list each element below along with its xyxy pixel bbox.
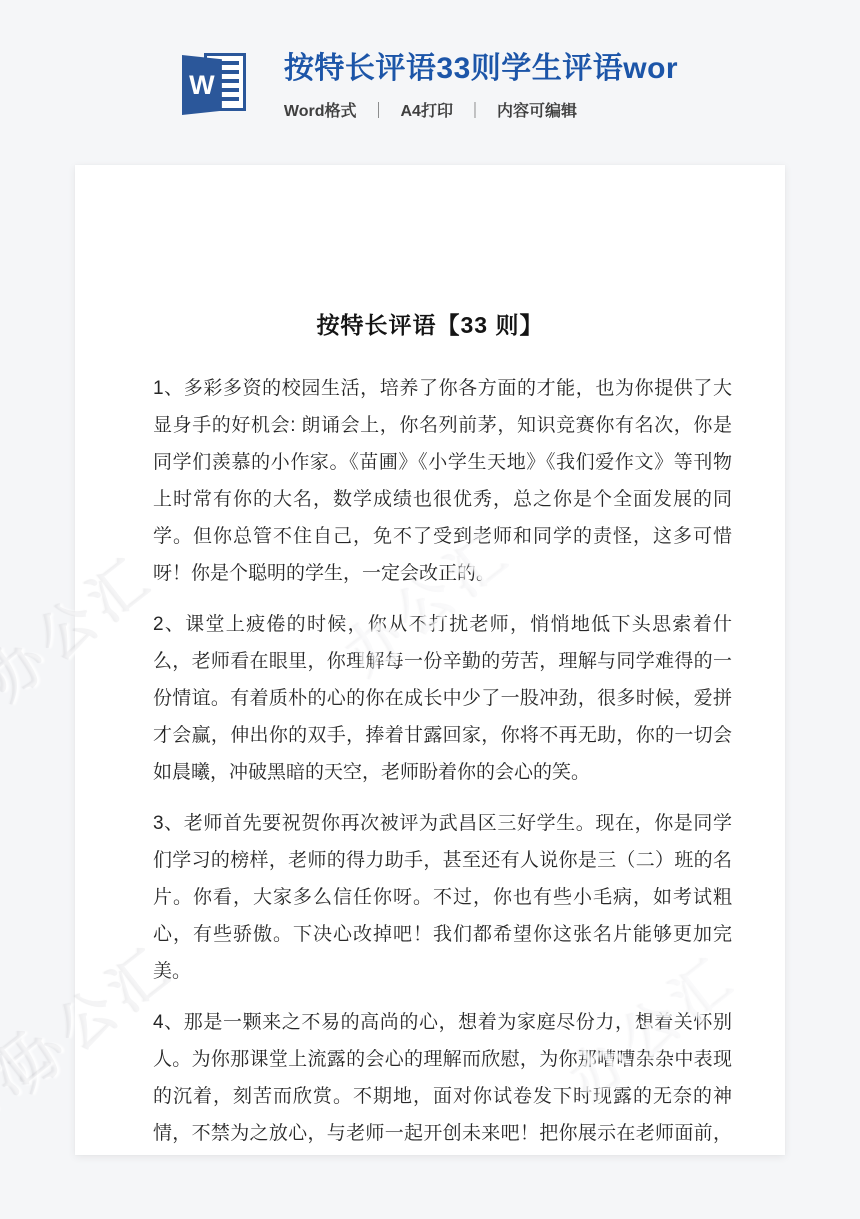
meta-format: Word格式	[284, 98, 357, 121]
document-title-link[interactable]: 按特长评语33则学生评语wor	[284, 52, 678, 85]
document-preview-page: 按特长评语【33 则】 1、多彩多资的校园生活，培养了你各方面的才能，也为你提供…	[75, 165, 785, 1155]
word-icon-letter: W	[182, 55, 222, 115]
doc-paragraph: 2、课堂上疲倦的时候，你从不打扰老师，悄悄地低下头思索着什么，老师看在眼里，你理…	[153, 606, 732, 791]
document-meta: Word格式 ｜ A4打印 ｜ 内容可编辑	[284, 98, 678, 121]
word-file-icon: W	[182, 52, 246, 118]
watermark-text: 办公汇	[0, 1007, 68, 1188]
header-text-block: 按特长评语33则学生评语wor Word格式 ｜ A4打印 ｜ 内容可编辑	[284, 52, 678, 121]
doc-page-title: 按特长评语【33 则】	[153, 307, 707, 340]
meta-editable: 内容可编辑	[497, 98, 577, 121]
meta-print: A4打印	[401, 98, 453, 121]
site-header: W 按特长评语33则学生评语wor Word格式 ｜ A4打印 ｜ 内容可编辑	[0, 0, 860, 121]
doc-body: 1、多彩多资的校园生活，培养了你各方面的才能，也为你提供了大显身手的好机会: 朗…	[153, 370, 732, 1155]
meta-separator: ｜	[370, 98, 386, 121]
doc-paragraph: 4、那是一颗来之不易的高尚的心，想着为家庭尽份力，想着关怀别人。为你那课堂上流露…	[153, 1004, 732, 1155]
meta-separator: ｜	[467, 98, 483, 121]
doc-paragraph: 1、多彩多资的校园生活，培养了你各方面的才能，也为你提供了大显身手的好机会: 朗…	[153, 370, 732, 592]
doc-paragraph: 3、老师首先要祝贺你再次被评为武昌区三好学生。现在，你是同学们学习的榜样，老师的…	[153, 805, 732, 990]
